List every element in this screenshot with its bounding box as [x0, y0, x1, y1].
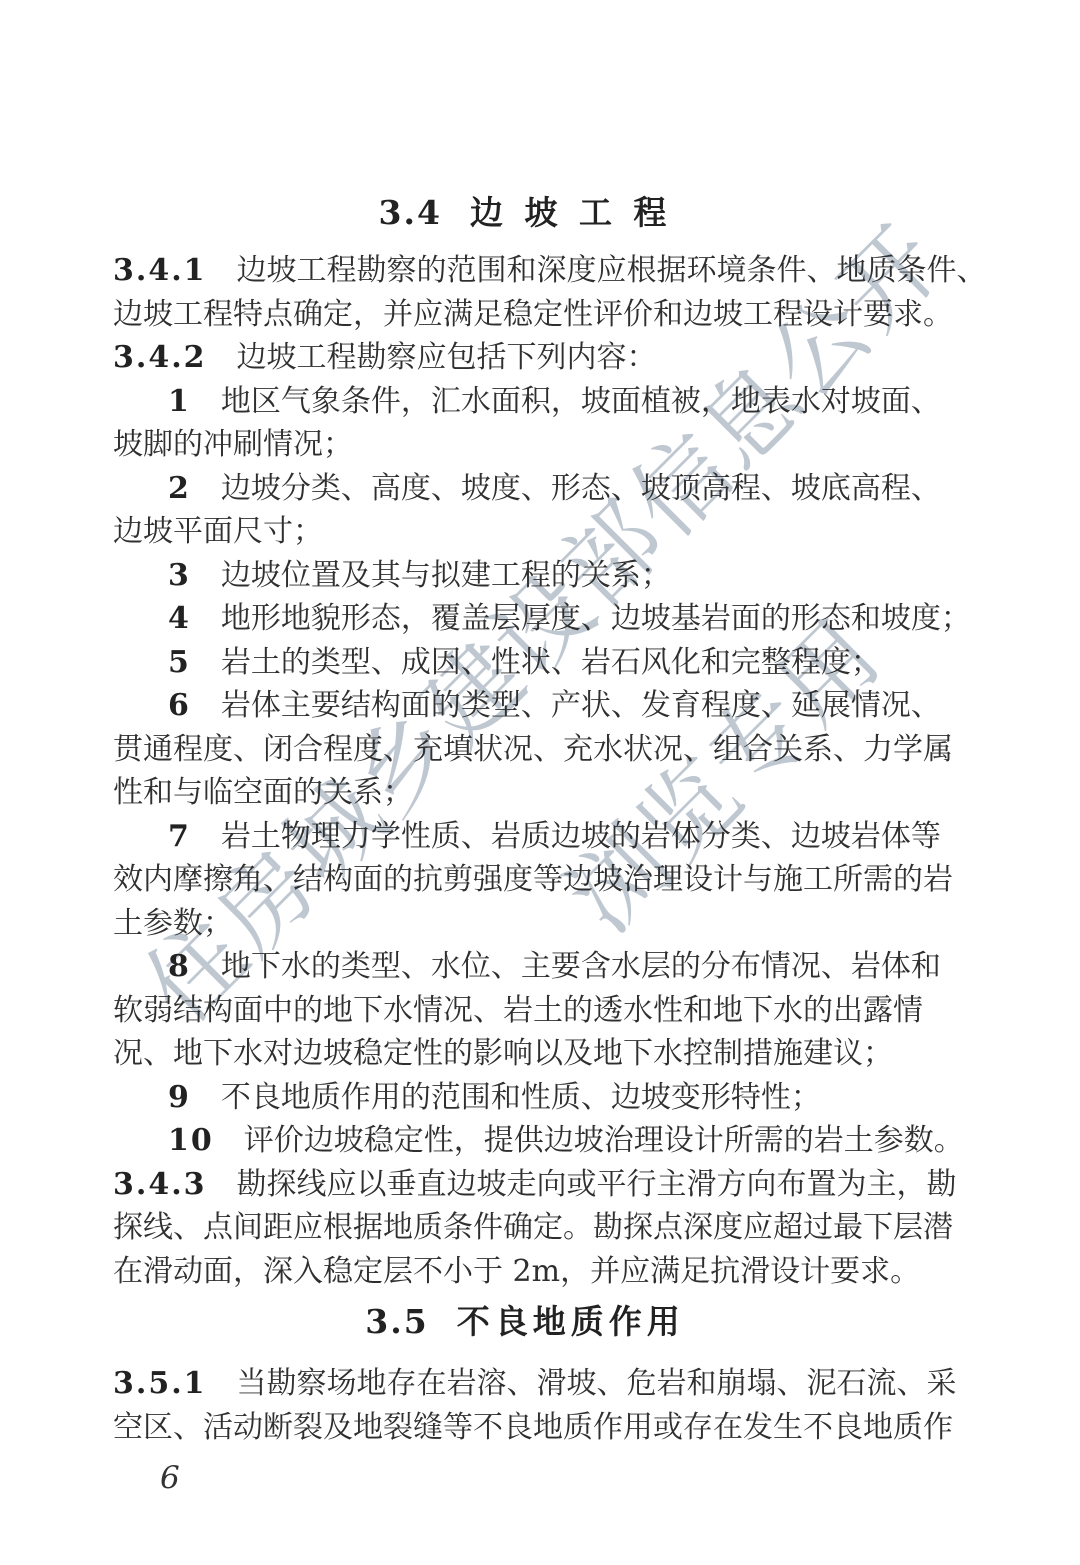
text-line: 4地形地貌形态，覆盖层厚度、边坡基岩面的形态和坡度； [113, 597, 937, 641]
clause-number: 4 [168, 601, 191, 636]
clause-number: 3.4.1 [113, 253, 207, 288]
clause-number: 3.4.3 [113, 1167, 207, 1202]
line-text: 勘探线应以垂直边坡走向或平行主滑方向布置为主，勘 [237, 1167, 957, 1202]
line-text: 空区、活动断裂及地裂缝等不良地质作用或存在发生不良地质作 [113, 1410, 953, 1445]
text-line: 边坡平面尺寸； [113, 510, 937, 554]
line-text: 效内摩擦角、结构面的抗剪强度等边坡治理设计与施工所需的岩 [113, 862, 953, 897]
text-line: 3.4.2边坡工程勘察应包括下列内容： [113, 336, 937, 380]
line-text: 岩土的类型、成因、性状、岩石风化和完整程度； [221, 645, 881, 680]
line-text: 当勘察场地存在岩溶、滑坡、危岩和崩塌、泥石流、采 [237, 1366, 957, 1401]
text-line: 探线、点间距应根据地质条件确定。勘探点深度应超过最下层潜 [113, 1206, 937, 1250]
text-line: 8地下水的类型、水位、主要含水层的分布情况、岩体和 [113, 945, 937, 989]
text-line: 6岩体主要结构面的类型、产状、发育程度、延展情况、 [113, 684, 937, 728]
text-line: 贯通程度、闭合程度、充填状况、充水状况、组合关系、力学属 [113, 728, 937, 772]
text-line: 坡脚的冲刷情况； [113, 423, 937, 467]
text-line: 土参数； [113, 902, 937, 946]
clause-number: 3.5.1 [113, 1366, 207, 1401]
text-line: 2边坡分类、高度、坡度、形态、坡顶高程、坡底高程、 [113, 467, 937, 511]
line-text: 探线、点间距应根据地质条件确定。勘探点深度应超过最下层潜 [113, 1210, 953, 1245]
text-line: 3边坡位置及其与拟建工程的关系； [113, 554, 937, 598]
text-line: 况、地下水对边坡稳定性的影响以及地下水控制措施建议； [113, 1032, 937, 1076]
line-text: 边坡工程勘察的范围和深度应根据环境条件、地质条件、 [237, 253, 987, 288]
text-line: 性和与临空面的关系； [113, 771, 937, 815]
text-line: 3.4.1边坡工程勘察的范围和深度应根据环境条件、地质条件、 [113, 249, 937, 293]
line-text: 边坡工程特点确定，并应满足稳定性评价和边坡工程设计要求。 [113, 297, 953, 332]
text-line: 5岩土的类型、成因、性状、岩石风化和完整程度； [113, 641, 937, 685]
line-text: 况、地下水对边坡稳定性的影响以及地下水控制措施建议； [113, 1036, 893, 1071]
text-line: 7岩土物理力学性质、岩质边坡的岩体分类、边坡岩体等 [113, 815, 937, 859]
clause-number: 7 [168, 819, 191, 854]
text-line: 1地区气象条件，汇水面积，坡面植被，地表水对坡面、 [113, 380, 937, 424]
line-text: 土参数； [113, 906, 233, 941]
section-title: 边 坡 工 程 [470, 193, 671, 232]
clause-number: 5 [168, 645, 191, 680]
line-text: 不良地质作用的范围和性质、边坡变形特性； [221, 1080, 821, 1115]
line-text: 贯通程度、闭合程度、充填状况、充水状况、组合关系、力学属 [113, 732, 953, 767]
line-text: 坡脚的冲刷情况； [113, 427, 353, 462]
text-line: 边坡工程特点确定，并应满足稳定性评价和边坡工程设计要求。 [113, 293, 937, 337]
line-text: 地区气象条件，汇水面积，坡面植被，地表水对坡面、 [221, 384, 941, 419]
section-heading: 3.4边 坡 工 程 [113, 191, 937, 234]
clause-number: 3 [168, 558, 191, 593]
page-number: 6 [160, 1460, 180, 1496]
text-line: 空区、活动断裂及地裂缝等不良地质作用或存在发生不良地质作 [113, 1406, 937, 1450]
document-page: 住房城乡建设部信息公开 浏览专用 3.4边 坡 工 程3.4.1边坡工程勘察的范… [0, 0, 1080, 1565]
line-text: 性和与临空面的关系； [113, 775, 413, 810]
section-number: 3.5 [365, 1302, 428, 1341]
clause-number: 6 [168, 688, 191, 723]
line-text: 边坡工程勘察应包括下列内容： [237, 340, 657, 375]
clause-number: 8 [168, 949, 191, 984]
line-text: 评价边坡稳定性，提供边坡治理设计所需的岩土参数。 [244, 1123, 964, 1158]
line-text: 边坡平面尺寸； [113, 514, 323, 549]
line-text: 岩土物理力学性质、岩质边坡的岩体分类、边坡岩体等 [221, 819, 941, 854]
line-text: 在滑动面，深入稳定层不小于 2m，并应满足抗滑设计要求。 [113, 1254, 920, 1289]
clause-number: 3.4.2 [113, 340, 207, 375]
line-text: 地下水的类型、水位、主要含水层的分布情况、岩体和 [221, 949, 941, 984]
line-text: 软弱结构面中的地下水情况、岩土的透水性和地下水的出露情 [113, 993, 923, 1028]
line-text: 岩体主要结构面的类型、产状、发育程度、延展情况、 [221, 688, 941, 723]
text-line: 3.4.3勘探线应以垂直边坡走向或平行主滑方向布置为主，勘 [113, 1163, 937, 1207]
text-line: 软弱结构面中的地下水情况、岩土的透水性和地下水的出露情 [113, 989, 937, 1033]
text-line: 在滑动面，深入稳定层不小于 2m，并应满足抗滑设计要求。 [113, 1250, 937, 1294]
clause-number: 1 [168, 384, 191, 419]
section-heading: 3.5不良地质作用 [113, 1300, 937, 1343]
line-text: 边坡位置及其与拟建工程的关系； [221, 558, 671, 593]
text-line: 10评价边坡稳定性，提供边坡治理设计所需的岩土参数。 [113, 1119, 937, 1163]
section-number: 3.4 [379, 193, 442, 232]
clause-number: 10 [168, 1123, 214, 1158]
section-title: 不良地质作用 [457, 1302, 685, 1341]
text-line: 3.5.1当勘察场地存在岩溶、滑坡、危岩和崩塌、泥石流、采 [113, 1362, 937, 1406]
text-line: 效内摩擦角、结构面的抗剪强度等边坡治理设计与施工所需的岩 [113, 858, 937, 902]
clause-number: 9 [168, 1080, 191, 1115]
document-body: 3.4边 坡 工 程3.4.1边坡工程勘察的范围和深度应根据环境条件、地质条件、… [0, 0, 1080, 1449]
clause-number: 2 [168, 471, 191, 506]
text-line: 9不良地质作用的范围和性质、边坡变形特性； [113, 1076, 937, 1120]
line-text: 地形地貌形态，覆盖层厚度、边坡基岩面的形态和坡度； [221, 601, 971, 636]
line-text: 边坡分类、高度、坡度、形态、坡顶高程、坡底高程、 [221, 471, 941, 506]
